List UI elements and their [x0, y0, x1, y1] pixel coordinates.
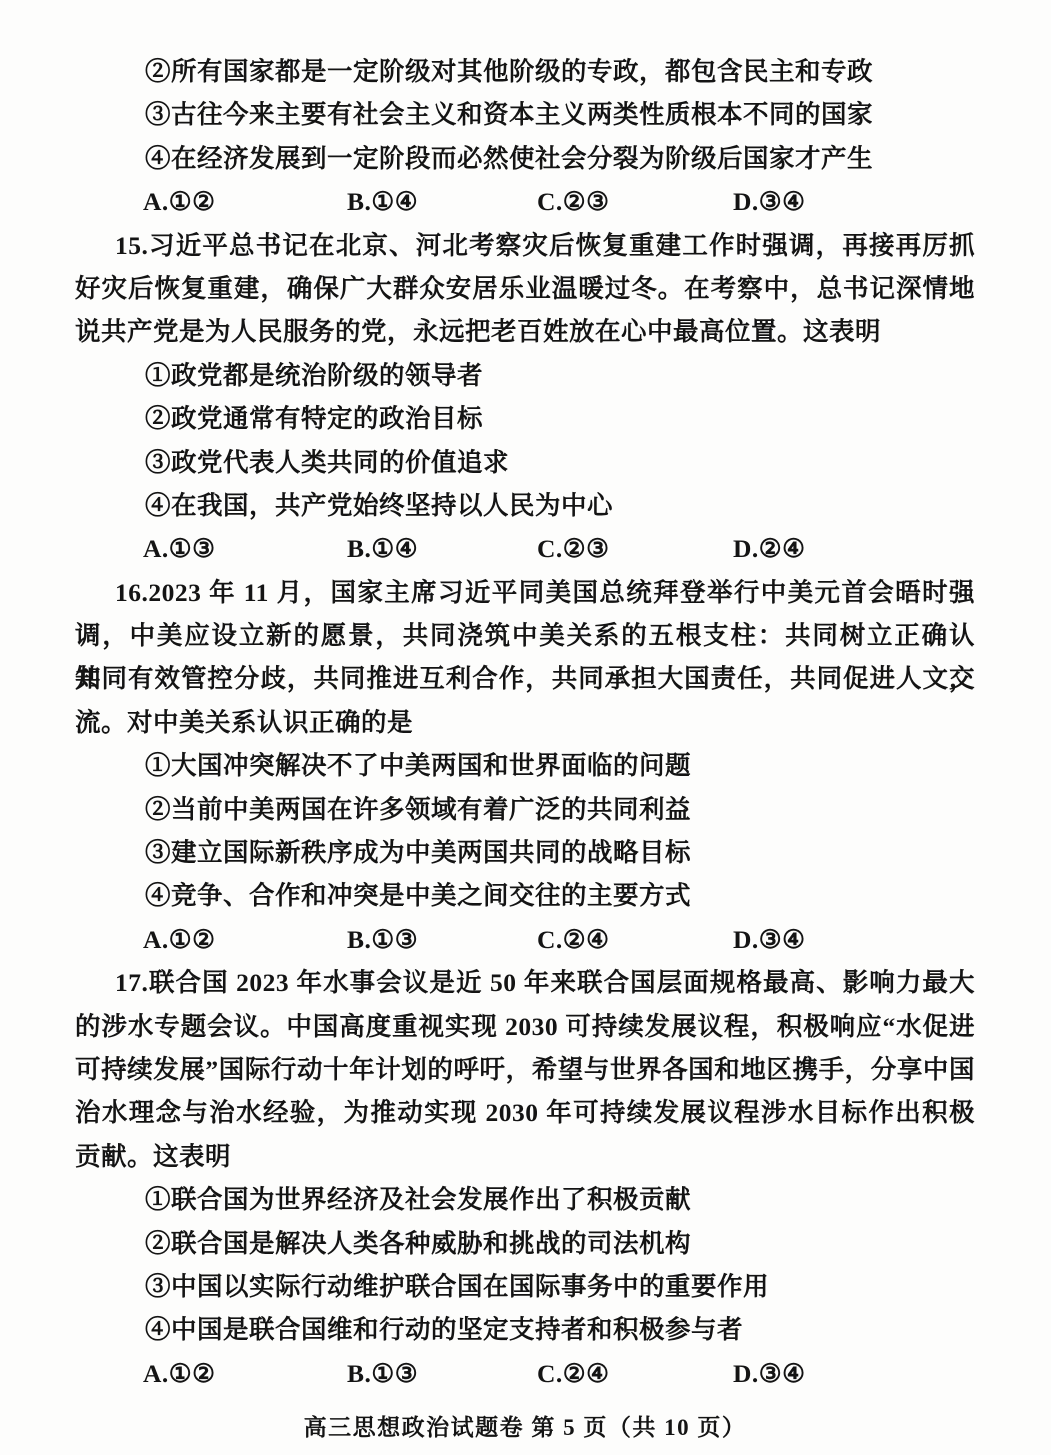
q16-stem-line-3: 共同有效管控分歧，共同推进互利合作，共同承担大国责任，共同促进人文交 [75, 657, 975, 700]
q17-choice-d: D.③④ [733, 1352, 806, 1395]
q15-option-3: ③政党代表人类共同的价值追求 [75, 441, 975, 484]
q17-choices-row: A.①②B.①③C.②④D.③④ [75, 1352, 975, 1395]
q15-choice-a: A.①③ [143, 527, 347, 570]
q17-choice-c: C.②④ [537, 1352, 733, 1395]
q14-option-2: ②所有国家都是一定阶级对其他阶级的专政，都包含民主和专政 [75, 50, 975, 93]
q15-choice-d: D.②④ [733, 527, 806, 570]
q14-choices-row: A.①②B.①④C.②③D.③④ [75, 180, 975, 223]
q14-option-3: ③古往今来主要有社会主义和资本主义两类性质根本不同的国家 [75, 93, 975, 136]
q15-stem-line-1: 15.习近平总书记在北京、河北考察灾后恢复重建工作时强调，再接再厉抓 [75, 224, 975, 267]
q15-option-1: ①政党都是统治阶级的领导者 [75, 354, 975, 397]
q16-choice-c: C.②④ [537, 918, 733, 961]
q17-option-4: ④中国是联合国维和行动的坚定支持者和积极参与者 [75, 1308, 975, 1351]
q15-choice-b: B.①④ [347, 527, 537, 570]
q17-choice-a: A.①② [143, 1352, 347, 1395]
q16-stem-line-2: 调，中美应设立新的愿景，共同浇筑中美关系的五根支柱：共同树立正确认知， [75, 614, 975, 657]
q14-option-4: ④在经济发展到一定阶段而必然使社会分裂为阶级后国家才产生 [75, 137, 975, 180]
q16-choices-row: A.①②B.①③C.②④D.③④ [75, 918, 975, 961]
q16-choice-a: A.①② [143, 918, 347, 961]
q16-stem-line-1: 16.2023 年 11 月，国家主席习近平同美国总统拜登举行中美元首会晤时强 [75, 571, 975, 614]
exam-page-content: ②所有国家都是一定阶级对其他阶级的专政，都包含民主和专政 ③古往今来主要有社会主… [0, 0, 1051, 1442]
q15-option-2: ②政党通常有特定的政治目标 [75, 397, 975, 440]
q15-choices-row: A.①③B.①④C.②③D.②④ [75, 527, 975, 570]
q16-option-3: ③建立国际新秩序成为中美两国共同的战略目标 [75, 831, 975, 874]
q16-stem-line-4: 流。对中美关系认识正确的是 [75, 701, 975, 744]
q14-choice-a: A.①② [143, 180, 347, 223]
q17-stem-line-3: 可持续发展”国际行动十年计划的呼吁，希望与世界各国和地区携手，分享中国 [75, 1048, 975, 1091]
q17-option-1: ①联合国为世界经济及社会发展作出了积极贡献 [75, 1178, 975, 1221]
q15-stem-line-2: 好灾后恢复重建，确保广大群众安居乐业温暖过冬。在考察中，总书记深情地 [75, 267, 975, 310]
q14-choice-c: C.②③ [537, 180, 733, 223]
q16-option-4: ④竞争、合作和冲突是中美之间交往的主要方式 [75, 874, 975, 917]
q15-choice-c: C.②③ [537, 527, 733, 570]
q17-stem-line-5: 贡献。这表明 [75, 1135, 975, 1178]
q17-stem-line-4: 治水理念与治水经验，为推动实现 2030 年可持续发展议程涉水目标作出积极 [75, 1091, 975, 1134]
q15-stem-line-3: 说共产党是为人民服务的党，永远把老百姓放在心中最高位置。这表明 [75, 310, 975, 353]
q17-choice-b: B.①③ [347, 1352, 537, 1395]
q17-option-3: ③中国以实际行动维护联合国在国际事务中的重要作用 [75, 1265, 975, 1308]
q14-choice-b: B.①④ [347, 180, 537, 223]
q17-stem-line-2: 的涉水专题会议。中国高度重视实现 2030 可持续发展议程，积极响应“水促进 [75, 1005, 975, 1048]
q16-option-2: ②当前中美两国在许多领域有着广泛的共同利益 [75, 788, 975, 831]
q17-option-2: ②联合国是解决人类各种威胁和挑战的司法机构 [75, 1222, 975, 1265]
q16-choice-d: D.③④ [733, 918, 806, 961]
q14-choice-d: D.③④ [733, 180, 806, 223]
page-footer: 高三思想政治试题卷 第 5 页（共 10 页） [75, 1409, 975, 1442]
q15-option-4: ④在我国，共产党始终坚持以人民为中心 [75, 484, 975, 527]
exam-page: ②所有国家都是一定阶级对其他阶级的专政，都包含民主和专政 ③古往今来主要有社会主… [0, 0, 1051, 1455]
q16-choice-b: B.①③ [347, 918, 537, 961]
q17-stem-line-1: 17.联合国 2023 年水事会议是近 50 年来联合国层面规格最高、影响力最大 [75, 961, 975, 1004]
q16-option-1: ①大国冲突解决不了中美两国和世界面临的问题 [75, 744, 975, 787]
